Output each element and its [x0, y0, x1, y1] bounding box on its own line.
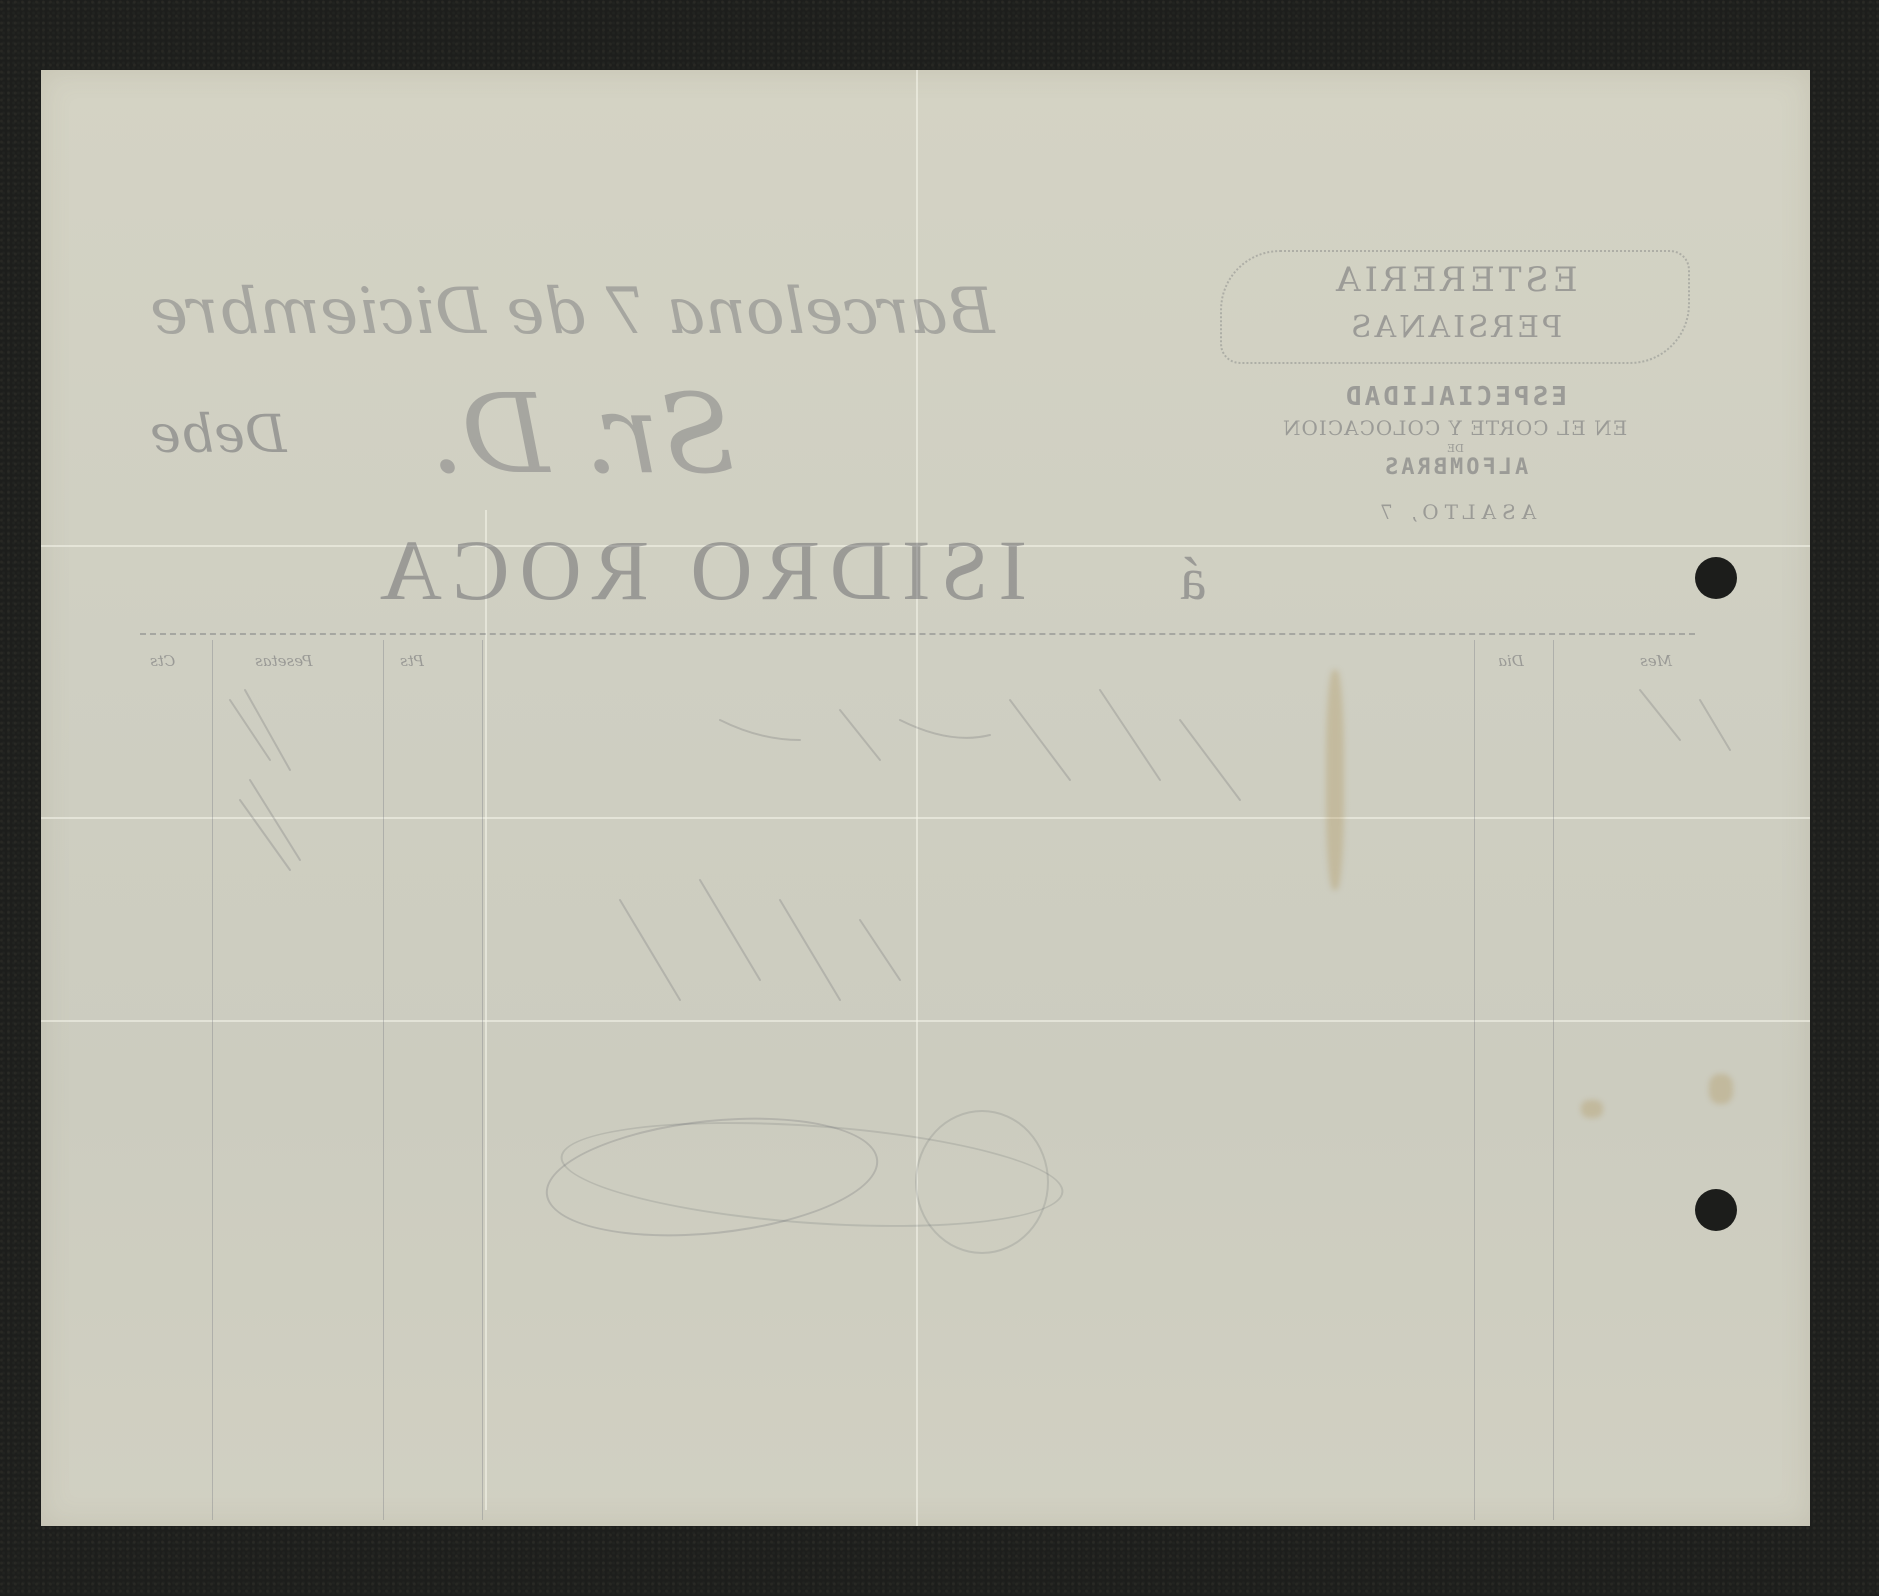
handwritten-entries [0, 0, 1879, 1596]
signature-loop [915, 1110, 1049, 1254]
